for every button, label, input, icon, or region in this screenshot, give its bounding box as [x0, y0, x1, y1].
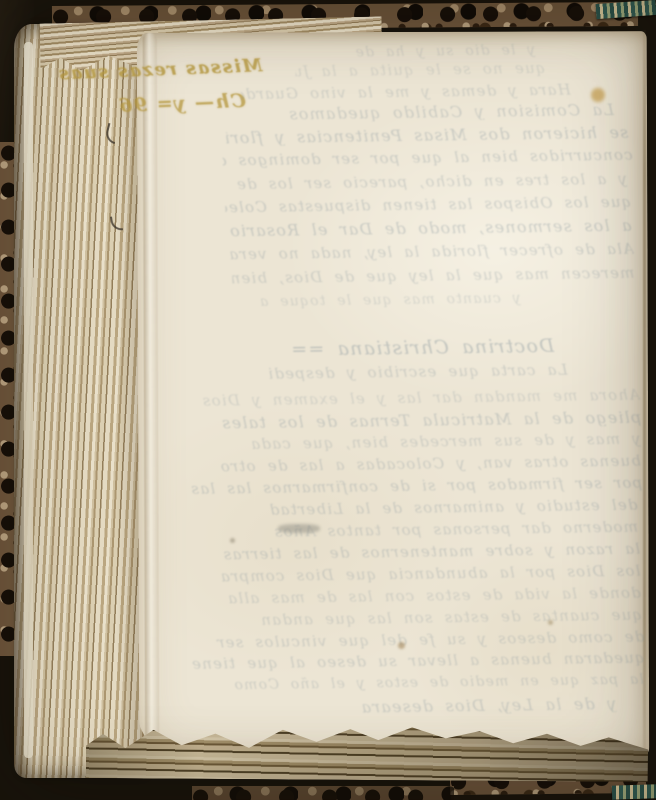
leaf-edge-stack	[14, 24, 156, 778]
endband-bottom	[612, 784, 656, 800]
endband-top	[596, 0, 656, 19]
gutter-crease	[643, 30, 646, 760]
outer-leaf-edge-highlight	[24, 42, 33, 758]
foxing-spot	[398, 642, 405, 649]
gold-ink-stain	[590, 86, 606, 104]
foxing-spot	[548, 620, 553, 625]
graphite-smudge	[278, 524, 320, 533]
foxing-spot	[230, 538, 235, 543]
cover-bottom-marbled-band-2	[192, 786, 454, 800]
manuscript-page	[137, 31, 650, 759]
manuscript-scan: Missas rezas suas Ch— y= 96 y le dio su …	[0, 0, 656, 800]
